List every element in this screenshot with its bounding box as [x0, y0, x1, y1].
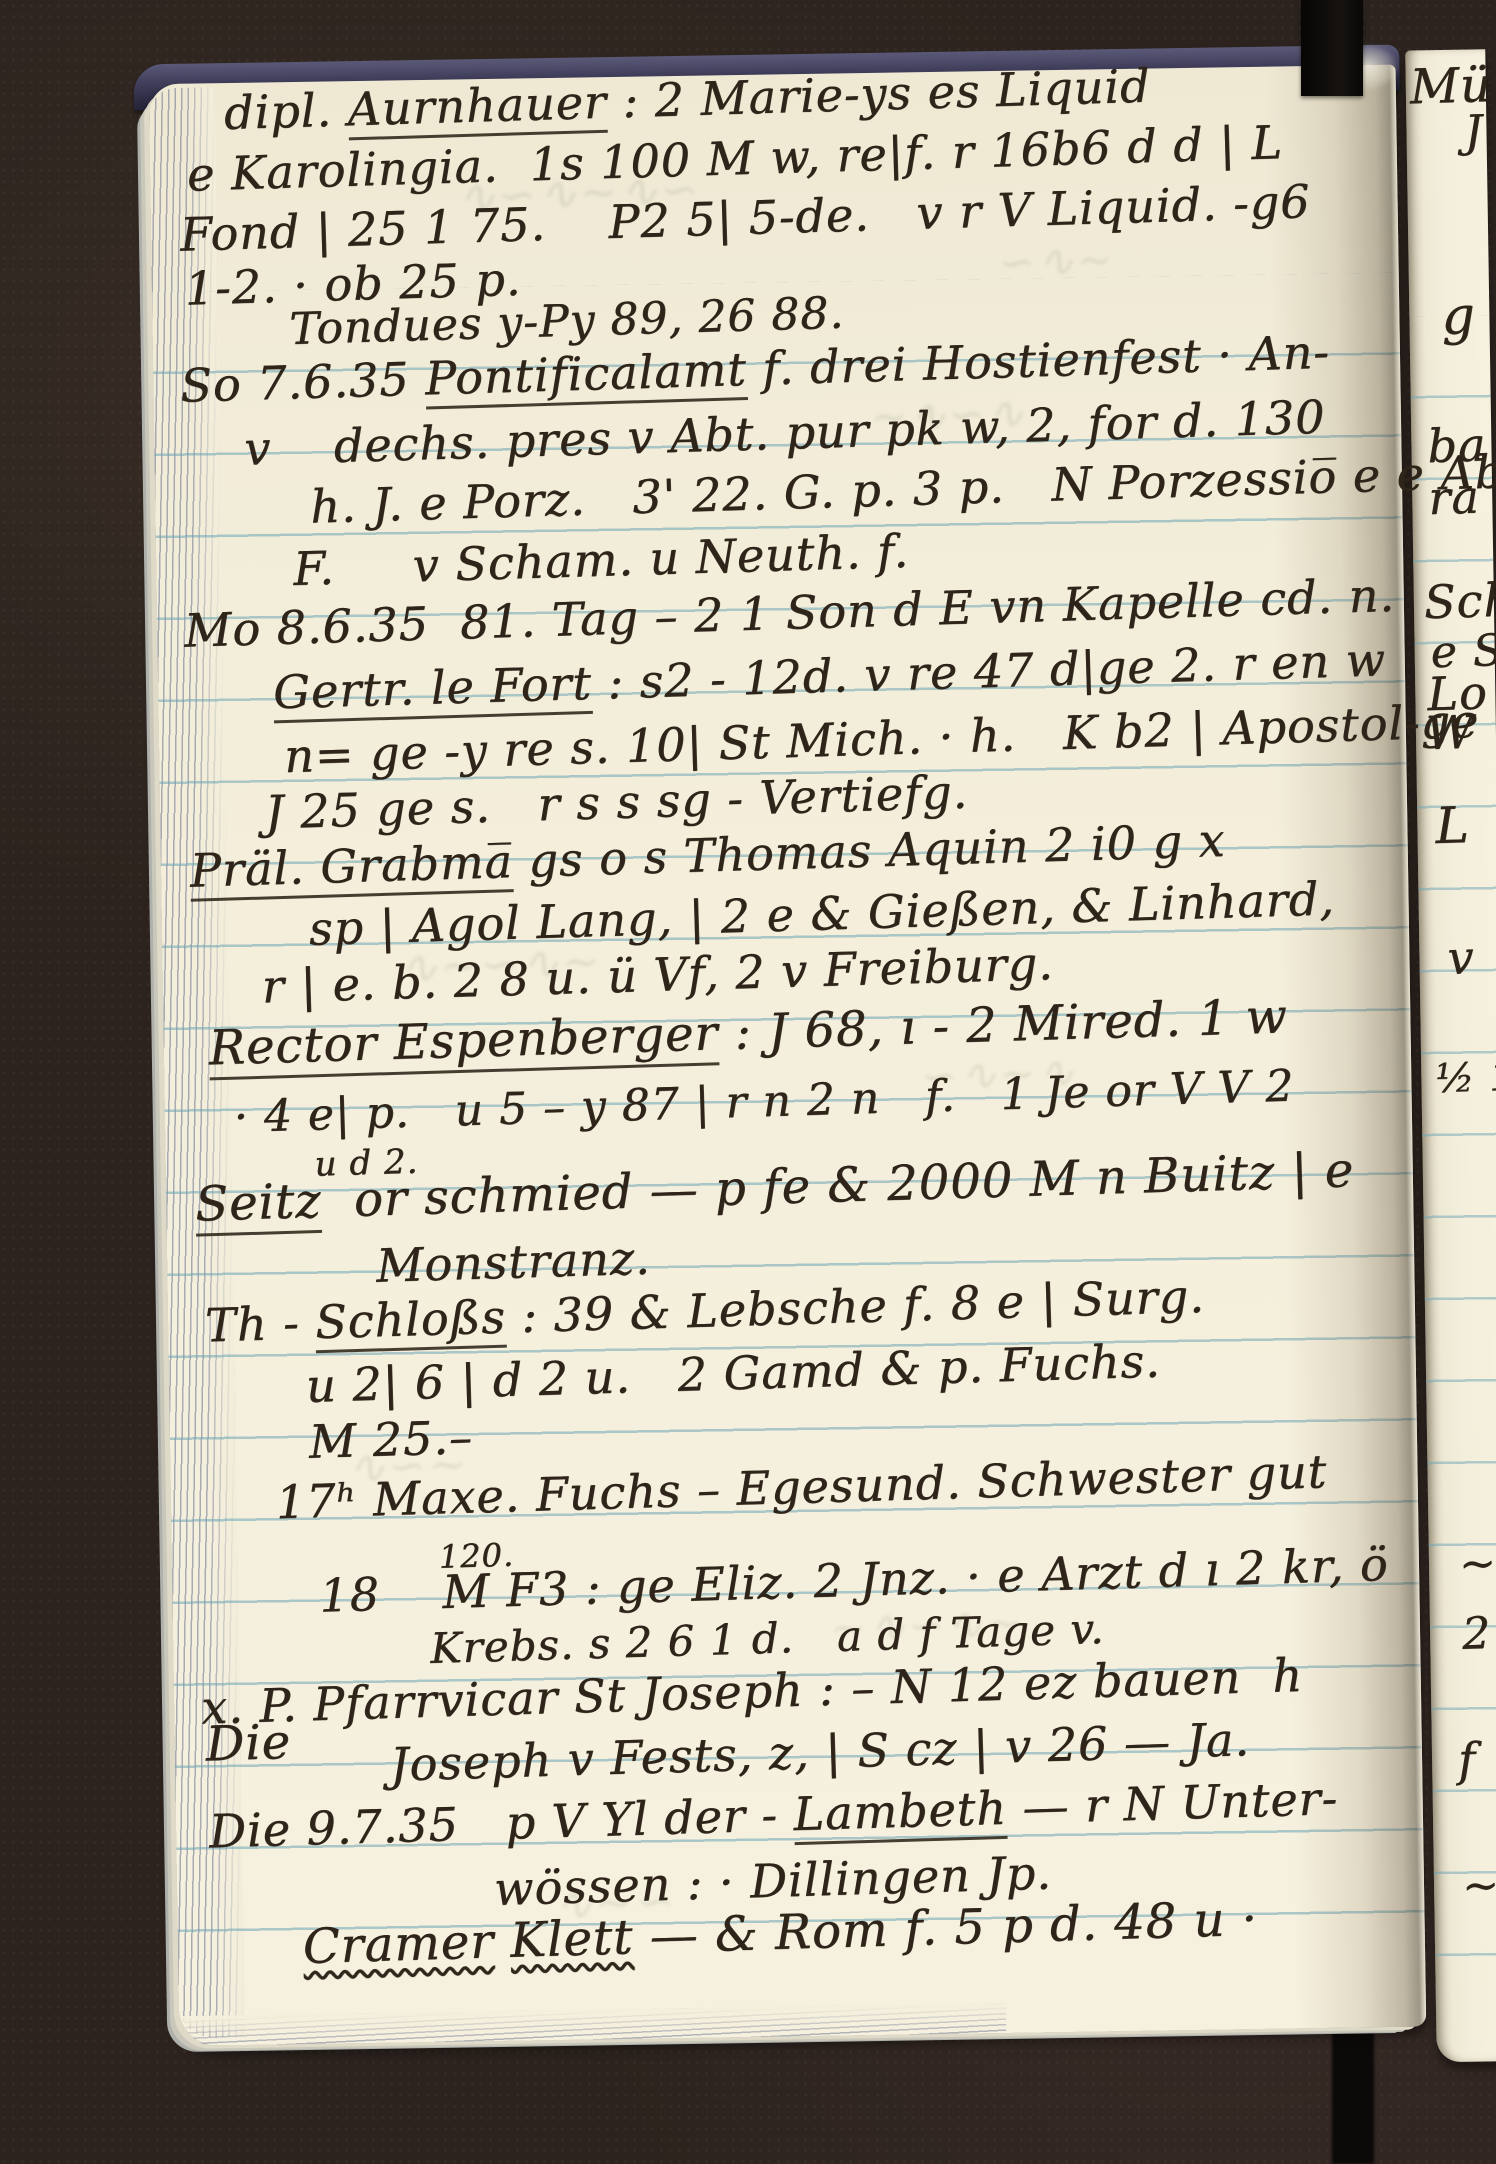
right-page-fragment: ~2 [1461, 1862, 1496, 1910]
right-page-fragment: Sch [1423, 576, 1496, 627]
photo-scene: ∿∽∿∼∿∽∼∿∽∿∿∼∽∿∼∽∿∼∿∿∽∼∼∿∽∿∼∿∼∽∽∿∼ dipl. … [0, 0, 1496, 2164]
fragment-layer: MüJgbaraSche SLoWLv½ 1~22f~2 [0, 0, 1496, 2164]
right-page-fragment: ba [1427, 420, 1487, 470]
right-page-fragment: g [1441, 289, 1477, 345]
right-page-fragment: v [1447, 933, 1475, 982]
right-page-fragment: ra [1428, 473, 1481, 523]
right-page-fragment: 2 [1461, 1611, 1491, 1658]
right-page-fragment: J [1464, 109, 1484, 156]
right-page-fragment: Mü [1409, 60, 1493, 113]
right-page-fragment: f [1457, 1735, 1476, 1784]
right-page-fragment: L [1435, 799, 1471, 852]
notebook: ∿∽∿∼∿∽∼∿∽∿∿∼∽∿∼∽∿∼∿∿∽∼∼∿∽∿∼∿∼∽∽∿∼ dipl. … [0, 0, 1496, 2164]
black-ribbon-top [1301, 0, 1363, 96]
right-page-fragment: W [1425, 708, 1475, 758]
right-page-fragment: ~2 [1458, 1540, 1496, 1588]
right-page-fragment: ½ 1 [1435, 1056, 1496, 1100]
